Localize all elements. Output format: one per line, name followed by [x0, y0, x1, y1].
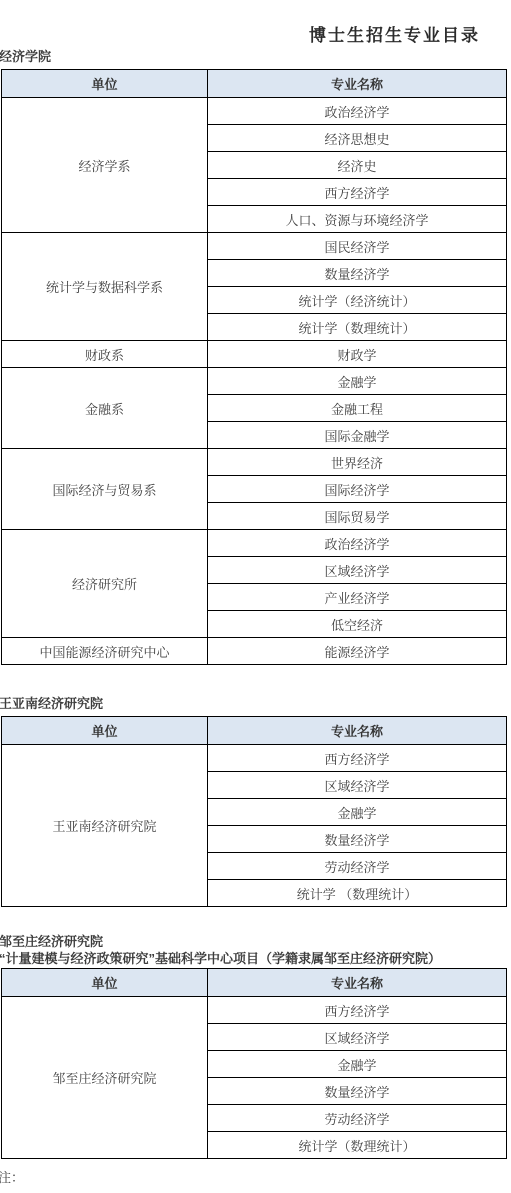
major-cell: 劳动经济学 [208, 1105, 507, 1132]
section-labels: 王亚南经济研究院 [1, 695, 506, 712]
header-row: 单位专业名称 [2, 70, 507, 98]
major-cell: 劳动经济学 [208, 853, 507, 880]
major-cell: 区域经济学 [208, 557, 507, 584]
table-row: 经济研究所政治经济学 [2, 530, 507, 557]
table-wrap: 单位专业名称经济学系政治经济学经济思想史经济史西方经济学人口、资源与环境经济学统… [1, 69, 506, 665]
table-row: 金融系金融学 [2, 368, 507, 395]
major-cell: 国际金融学 [208, 422, 507, 449]
major-cell: 能源经济学 [208, 638, 507, 665]
major-cell: 金融学 [208, 799, 507, 826]
document-page: 博士生招生专业目录 经济学院 单位专业名称经济学系政治经济学经济思想史经济史西方… [0, 0, 511, 1193]
section-title-line: 经济学院 [0, 48, 506, 65]
page-title: 博士生招生专业目录 [309, 21, 480, 46]
section-title-line: 邹至庄经济研究院 [0, 933, 506, 950]
major-cell: 财政学 [208, 341, 507, 368]
major-cell: 国际贸易学 [208, 503, 507, 530]
admissions-table-zou-zhizhuang: 单位专业名称邹至庄经济研究院西方经济学区域经济学金融学数量经济学劳动经济学统计学… [1, 968, 507, 1159]
major-cell: 统计学（数理统计） [208, 1132, 507, 1159]
major-cell: 政治经济学 [208, 530, 507, 557]
section-labels: 邹至庄经济研究院“计量建模与经济政策研究”基础科学中心项目（学籍隶属邹至庄经济研… [1, 933, 506, 967]
major-cell: 人口、资源与环境经济学 [208, 206, 507, 233]
unit-column-header: 单位 [2, 70, 208, 98]
admissions-table-wang-yanan: 单位专业名称王亚南经济研究院西方经济学区域经济学金融学数量经济学劳动经济学统计学… [1, 716, 507, 907]
major-cell: 数量经济学 [208, 826, 507, 853]
major-cell: 产业经济学 [208, 584, 507, 611]
table-row: 邹至庄经济研究院西方经济学 [2, 997, 507, 1024]
major-cell: 区域经济学 [208, 772, 507, 799]
major-cell: 统计学（经济统计） [208, 287, 507, 314]
unit-cell: 金融系 [2, 368, 208, 449]
unit-cell: 邹至庄经济研究院 [2, 997, 208, 1159]
unit-column-header: 单位 [2, 969, 208, 997]
major-cell: 国际经济学 [208, 476, 507, 503]
major-column-header: 专业名称 [208, 70, 507, 98]
major-cell: 政治经济学 [208, 98, 507, 125]
major-cell: 金融学 [208, 1051, 507, 1078]
unit-cell: 经济学系 [2, 98, 208, 233]
table-wrap: 单位专业名称王亚南经济研究院西方经济学区域经济学金融学数量经济学劳动经济学统计学… [1, 716, 506, 907]
table-row: 统计学与数据科学系国民经济学 [2, 233, 507, 260]
section-labels: 经济学院 [1, 48, 506, 65]
header-row: 单位专业名称 [2, 969, 507, 997]
major-cell: 世界经济 [208, 449, 507, 476]
section-wang-yanan-institute: 王亚南经济研究院 单位专业名称王亚南经济研究院西方经济学区域经济学金融学数量经济… [1, 695, 506, 907]
table-row: 国际经济与贸易系世界经济 [2, 449, 507, 476]
table-row: 经济学系政治经济学 [2, 98, 507, 125]
admissions-table-economics-school: 单位专业名称经济学系政治经济学经济思想史经济史西方经济学人口、资源与环境经济学统… [1, 69, 507, 665]
major-cell: 西方经济学 [208, 179, 507, 206]
major-cell: 统计学 （数理统计） [208, 880, 507, 907]
table-row: 财政系财政学 [2, 341, 507, 368]
section-zou-zhizhuang-institute: 邹至庄经济研究院“计量建模与经济政策研究”基础科学中心项目（学籍隶属邹至庄经济研… [1, 933, 506, 1159]
major-cell: 经济史 [208, 152, 507, 179]
major-cell: 西方经济学 [208, 997, 507, 1024]
major-cell: 低空经济 [208, 611, 507, 638]
major-cell: 区域经济学 [208, 1024, 507, 1051]
section-title-line: 王亚南经济研究院 [0, 695, 506, 712]
major-cell: 金融工程 [208, 395, 507, 422]
major-cell: 西方经济学 [208, 745, 507, 772]
major-cell: 数量经济学 [208, 260, 507, 287]
unit-cell: 国际经济与贸易系 [2, 449, 208, 530]
major-cell: 国民经济学 [208, 233, 507, 260]
unit-cell: 财政系 [2, 341, 208, 368]
unit-cell: 经济研究所 [2, 530, 208, 638]
note-label: 注： [0, 1167, 24, 1186]
section-economics-school: 经济学院 单位专业名称经济学系政治经济学经济思想史经济史西方经济学人口、资源与环… [1, 48, 506, 665]
table-row: 中国能源经济研究中心能源经济学 [2, 638, 507, 665]
header-row: 单位专业名称 [2, 717, 507, 745]
unit-cell: 统计学与数据科学系 [2, 233, 208, 341]
unit-column-header: 单位 [2, 717, 208, 745]
table-wrap: 单位专业名称邹至庄经济研究院西方经济学区域经济学金融学数量经济学劳动经济学统计学… [1, 968, 506, 1159]
major-column-header: 专业名称 [208, 969, 507, 997]
unit-cell: 中国能源经济研究中心 [2, 638, 208, 665]
major-cell: 金融学 [208, 368, 507, 395]
major-cell: 数量经济学 [208, 1078, 507, 1105]
major-cell: 统计学（数理统计） [208, 314, 507, 341]
major-column-header: 专业名称 [208, 717, 507, 745]
section-title-line: “计量建模与经济政策研究”基础科学中心项目（学籍隶属邹至庄经济研究院） [0, 950, 506, 967]
major-cell: 经济思想史 [208, 125, 507, 152]
unit-cell: 王亚南经济研究院 [2, 745, 208, 907]
table-row: 王亚南经济研究院西方经济学 [2, 745, 507, 772]
